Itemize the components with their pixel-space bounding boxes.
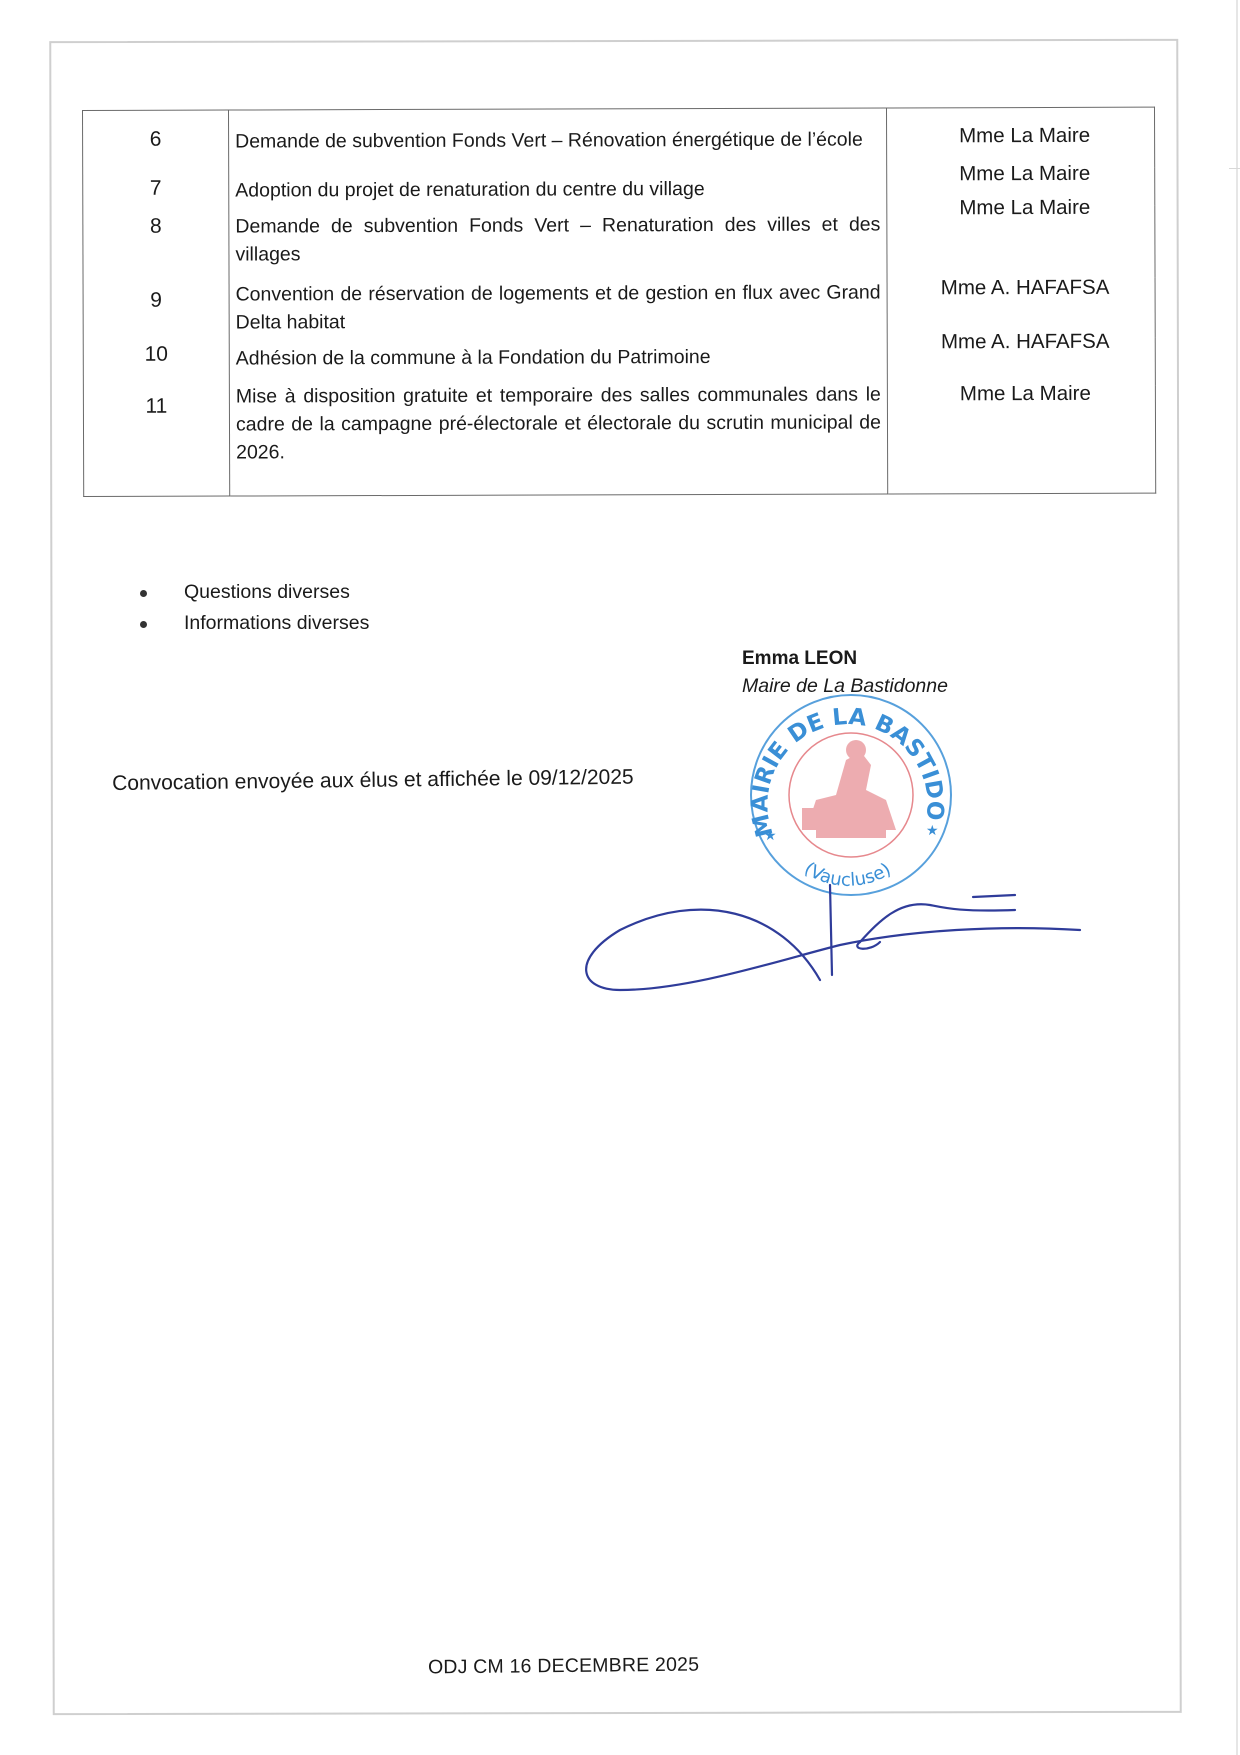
item-responsible: Mme A. HAFAFSA [896,327,1155,356]
page-footer: ODJ CM 16 DECEMBRE 2025 [0,1655,1240,1678]
item-text: Mise à disposition gratuite et temporair… [236,380,881,466]
svg-text:★: ★ [926,822,939,838]
item-number: 10 [84,340,229,368]
misc-items-list: Questions diverses Informations diverses [140,577,369,639]
svg-text:★: ★ [764,827,777,843]
item-text: Demande de subvention Fonds Vert – Rénov… [235,125,880,155]
item-number: 11 [84,392,229,420]
item-number: 8 [83,212,228,240]
item-text: Demande de subvention Fonds Vert – Renat… [235,210,880,268]
list-item: Informations diverses [140,608,369,639]
signatory-name: Emma LEON [742,648,857,670]
item-responsible: Mme La Maire [895,122,1154,151]
item-text: Adhésion de la commune à la Fondation du… [236,342,881,372]
item-text: Adoption du projet de renaturation du ce… [235,174,880,204]
item-responsible: Mme La Maire [895,193,1154,222]
table-row: 11 Mise à disposition gratuite et tempor… [83,385,1155,496]
agenda-table: 6 Demande de subvention Fonds Vert – Rén… [82,107,1156,497]
scan-edge [1236,0,1238,1755]
list-item: Questions diverses [140,577,369,608]
town-hall-stamp-icon: MAIRIE DE LA BASTIDONNE (Vaucluse) ★ ★ [736,690,966,910]
scan-edge-mark [1229,168,1240,169]
item-number: 9 [84,286,229,314]
bullet-icon [140,590,147,597]
item-responsible: Mme La Maire [895,159,1154,188]
signature-icon [580,880,1090,1010]
item-number: 6 [83,126,228,154]
item-number: 7 [83,174,228,202]
item-text: Convention de réservation de logements e… [236,278,881,336]
bullet-icon [140,621,147,628]
table-row: 8 Demande de subvention Fonds Vert – Ren… [83,205,1155,280]
item-responsible: Mme La Maire [896,379,1155,408]
item-responsible: Mme A. HAFAFSA [896,273,1155,302]
